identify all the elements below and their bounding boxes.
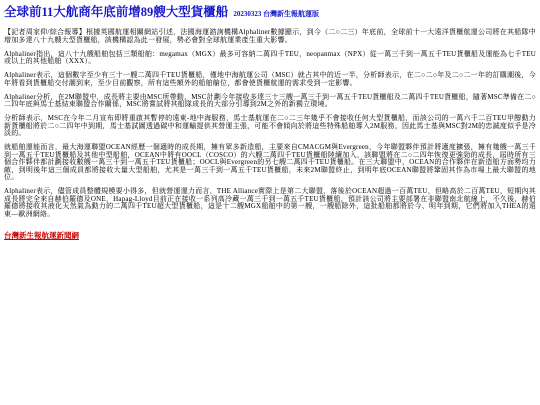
- article-page: 全球前11大航商年底前增89艘大型貨櫃船20230323 台灣新生報航運版 【記…: [0, 0, 540, 243]
- article-paragraph: 分析師表示，MSC在今年二月宣布即將重啟其暫停的遠東-地中海服務，馬士基航運在二…: [4, 115, 536, 138]
- article-paragraph: Alphaliner表示，儘管成員整體規模要小得多，但就營運運力而言，THE A…: [4, 188, 536, 218]
- article-date-source: 20230323 台灣新生報航運版: [233, 10, 319, 18]
- article-header: 全球前11大航商年底前增89艘大型貨櫃船20230323 台灣新生報航運版: [4, 4, 536, 22]
- article-paragraph: 就船舶運能而言，最大海運聯盟OCEAN經歷一個適時的成長期，擁有眾多新造船，主要…: [4, 144, 536, 182]
- article-paragraph: Alphaliner分析，在2M聯盟中，成長將主要由MSC所帶動，MSC計劃今年…: [4, 94, 536, 109]
- article-paragraph: Alphaliner表示，這個數字至少有三十一艘二萬四千TEU貨櫃船，僅地中海航…: [4, 72, 536, 87]
- article-paragraph: Alphaliner指出，這八十九艘船舶包括三類船舶：megamax（MGX）最…: [4, 51, 536, 66]
- shipping-news-site-link[interactable]: 台灣新生報航運新聞網: [4, 230, 79, 241]
- page-title: 全球前11大航商年底前增89艘大型貨櫃船: [4, 5, 228, 19]
- article-paragraph-lead: 【記者周家仰/綜合報導】根據英國航運相關網站引述，法國海運諮詢機構Alphali…: [4, 29, 536, 44]
